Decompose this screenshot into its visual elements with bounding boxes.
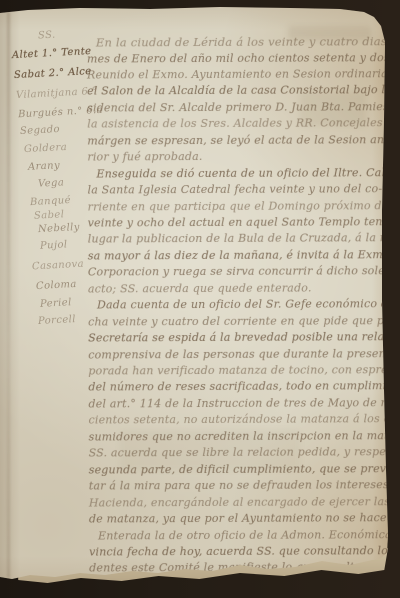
manuscript-line: lugar la publicacion de la Bula de la Cr…: [88, 232, 388, 246]
manuscript-line: sa mayor á las diez de la mañana, é invi…: [88, 248, 388, 262]
manuscript-line: rior y fué aprobada.: [87, 149, 387, 163]
body-text: En la ciudad de Lérida á los veinte y cu…: [0, 0, 400, 598]
manuscript-line: Secretaría se espida á la brevedad posib…: [88, 330, 388, 344]
manuscript-line: márgen se espresan, se leyó el acta de l…: [87, 133, 387, 147]
manuscript-line: Reunido el Exmo. Ayuntamiento en Sesion …: [87, 67, 387, 81]
manuscript-line: cha veinte y cuatro del corriente en que…: [88, 314, 388, 328]
manuscript-line: tar á la mira para que no se defrauden l…: [89, 478, 389, 492]
manuscript-line: veinte y ocho del actual en aquel Santo …: [88, 215, 388, 229]
manuscript-line: la asistencia de los Sres. Alcaldes y RR…: [87, 116, 387, 130]
manuscript-line: del art.° 114 de la Instruccion de tres …: [88, 396, 388, 410]
manuscript-line: En la ciudad de Lérida á los veinte y cu…: [87, 34, 396, 49]
manuscript-line: sidencia del Sr. Alcalde primero D. Juan…: [87, 100, 387, 114]
manuscript-line: Dada cuenta de un oficio del Sr. Gefe ec…: [88, 297, 397, 311]
page-number: 9.: [374, 3, 383, 14]
manuscript-line: la Santa Iglesia Catedral fecha veinte y…: [87, 182, 387, 196]
manuscript-line: porada han verificado matanza de tocino,…: [88, 363, 388, 377]
manuscript-line: sumidores que no acrediten la inscripcio…: [89, 429, 389, 443]
manuscript-line: del número de reses sacrificadas, todo e…: [88, 380, 388, 394]
manuscript-page: 9. SS.Altet 1.° TenteSabat 2.° AlceVilam…: [0, 0, 400, 598]
manuscript-line: Corporacion y ruega se sirva concurrir á…: [88, 264, 388, 278]
manuscript-line: Enseguida se dió cuenta de un oficio del…: [87, 166, 396, 180]
manuscript-line: SS. acuerda que se libre la relacion ped…: [89, 445, 389, 459]
manuscript-line: mes de Enero del año mil ocho cientos se…: [87, 51, 387, 65]
manuscript-line: acto; SS. acuerda que quede enterado.: [88, 281, 388, 295]
manuscript-line: vincia fecha de hoy, acuerda SS. que con…: [89, 544, 389, 558]
manuscript-line: segunda parte, de dificil cumplimiento, …: [89, 462, 389, 476]
manuscript-line: cientos setenta, no autorizándose la mat…: [88, 412, 388, 426]
manuscript-line: comprensiva de las personas que durante …: [88, 347, 388, 361]
manuscript-line: rriente en que participa que el Domingo …: [88, 199, 388, 213]
manuscript-photo: 9. SS.Altet 1.° TenteSabat 2.° AlceVilam…: [0, 0, 400, 598]
manuscript-line: de matanza, ya que por el Ayuntamiento n…: [89, 511, 389, 525]
manuscript-line: Enterada la de otro oficio de la Admon. …: [89, 528, 398, 542]
manuscript-line: Hacienda, encargándole al encargado de e…: [89, 495, 389, 509]
manuscript-line: el Salon de la Alcaldía de la casa Consi…: [87, 84, 387, 98]
